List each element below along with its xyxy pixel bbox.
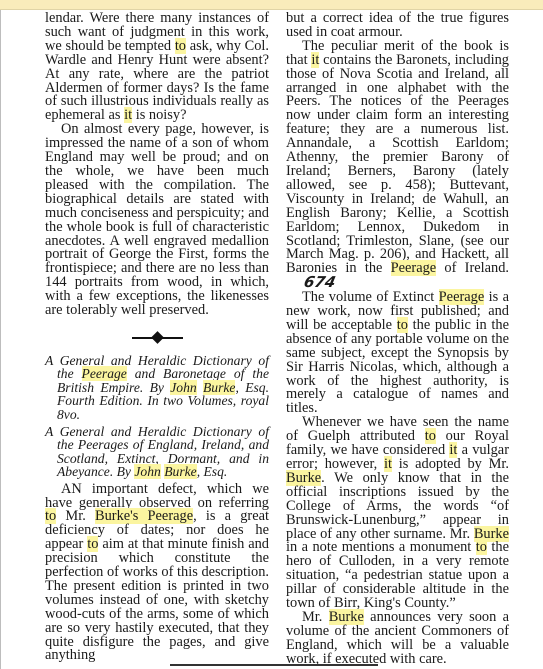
paragraph: The peculiar merit of the book is that i… <box>286 40 509 291</box>
right-column: but a correct idea of the true figures u… <box>286 12 509 667</box>
paragraph: On almost every page, however, is impres… <box>45 123 269 318</box>
paragraph: Whenever we have seen the name of Guelph… <box>286 416 509 611</box>
paragraph: Mr. Burke announces very soon a volume o… <box>286 611 509 667</box>
paragraph: but a correct idea of the true figures u… <box>286 12 509 40</box>
review-citation: A General and Heraldic Dictionary of the… <box>45 354 269 421</box>
closing-rule <box>270 664 378 666</box>
viewer-top-bar <box>0 0 543 10</box>
section-ornament-divider <box>45 327 269 349</box>
left-column: lendar. Were there many instances of suc… <box>45 12 269 663</box>
paragraph: lendar. Were there many instances of suc… <box>45 12 269 123</box>
handwritten-page-number: 674 <box>287 276 337 290</box>
review-citation: A General and Heraldic Dictionary of the… <box>45 425 269 479</box>
page-left-border <box>0 10 1 669</box>
paragraph: AN important defect, which we have gener… <box>45 483 269 664</box>
paragraph: The volume of Extinct Peerage is a new w… <box>286 291 509 416</box>
closing-rule <box>170 664 270 666</box>
